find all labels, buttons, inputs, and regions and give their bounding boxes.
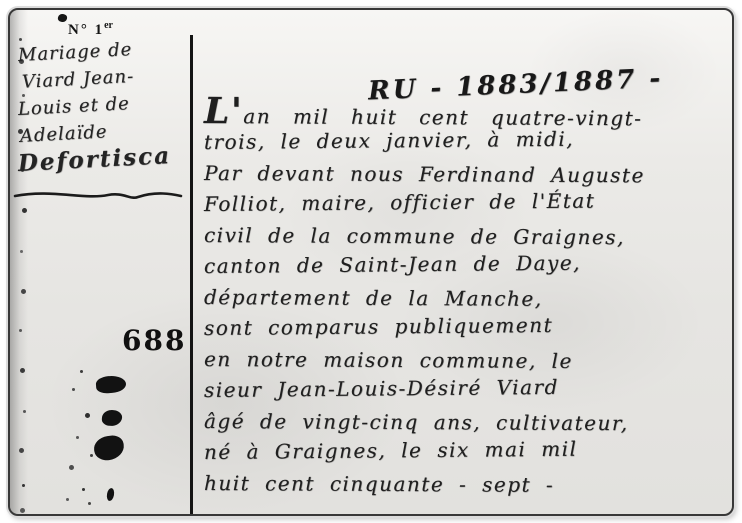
ink-stain (95, 375, 126, 394)
margin-note: Mariage deViard Jean-Louis et deAdelaïde… (18, 42, 186, 177)
ink-stain-speckles (80, 370, 83, 373)
ink-stain (106, 487, 115, 501)
page-number: 688 (122, 324, 186, 357)
act-line: sieur Jean-Louis-Désiré Viard (204, 370, 724, 406)
act-line: né à Graignes, le six mai mil (204, 432, 724, 468)
act-body: RU - 1883/1887 - L'an mil huit cent quat… (196, 10, 730, 514)
ink-speck (57, 13, 68, 23)
act-line: sont comparus publiquement (204, 308, 724, 344)
act-line: canton de Saint-Jean de Daye, (204, 246, 724, 282)
record-number: N° 1er (68, 20, 113, 39)
margin-rule-line (190, 35, 193, 514)
scan-noise-speckles (19, 38, 22, 41)
ink-stain (92, 434, 125, 462)
record-number-suffix: er (104, 20, 113, 31)
act-line: Folliot, maire, officier de l'État (204, 184, 724, 220)
record-number-text: N° 1 (68, 22, 104, 38)
act-line: huit cent cinquante - sept - (204, 468, 724, 502)
scan-frame: N° 1er Mariage deViard Jean-Louis et deA… (8, 8, 734, 516)
act-lines: L'an mil huit cent quatre-vingt-trois, l… (204, 96, 724, 499)
ink-stain (101, 409, 123, 427)
act-line: trois, le deux janvier, à midi, (204, 122, 724, 158)
flourish-underline (12, 186, 184, 204)
